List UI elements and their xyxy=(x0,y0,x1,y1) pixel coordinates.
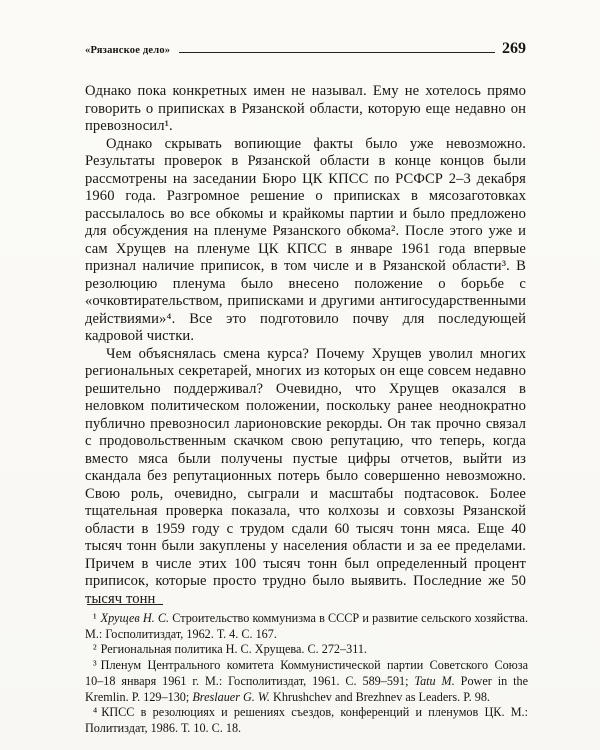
footnote-4: ⁴КПСС в резолюциях и решениях съездов, к… xyxy=(85,705,528,736)
book-page: «Рязанское дело» 269 Однако пока конкрет… xyxy=(0,0,600,750)
footnote-marker: ⁴ xyxy=(93,705,101,719)
footnote-marker: ² xyxy=(93,642,101,656)
body-text: Однако пока конкретных имен не называл. … xyxy=(85,83,526,608)
footnote-text: КПСС в резолюциях и решениях съездов, ко… xyxy=(85,705,528,735)
footnote-marker: ¹ xyxy=(93,611,101,625)
footnote-text: Региональная политика Н. С. Хрущева. С. … xyxy=(101,642,367,656)
paragraph-3: Чем объяснялась смена курса? Почему Хрущ… xyxy=(85,346,526,609)
paragraph-2: Однако скрывать вопиющие факты было уже … xyxy=(85,136,526,346)
header-rule xyxy=(179,52,495,53)
footnote-1: ¹Хрущев Н. С. Строительство коммунизма в… xyxy=(85,611,528,642)
footnote-marker: ³ xyxy=(93,658,101,672)
paragraph-1: Однако пока конкретных имен не называл. … xyxy=(85,83,526,136)
footnote-2: ²Региональная политика Н. С. Хрущева. С.… xyxy=(85,642,528,658)
footnote-3: ³Пленум Центрального комитета Коммунисти… xyxy=(85,658,528,705)
footnotes: ¹Хрущев Н. С. Строительство коммунизма в… xyxy=(85,611,528,737)
footnote-text: Пленум Центрального комитета Коммунистич… xyxy=(85,658,528,703)
chapter-title: «Рязанское дело» xyxy=(85,45,170,56)
page-number: 269 xyxy=(502,40,526,58)
running-header: «Рязанское дело» 269 xyxy=(85,40,526,58)
footnote-separator xyxy=(87,604,163,605)
footnote-text: Хрущев Н. С. Строительство коммунизма в … xyxy=(85,611,528,641)
